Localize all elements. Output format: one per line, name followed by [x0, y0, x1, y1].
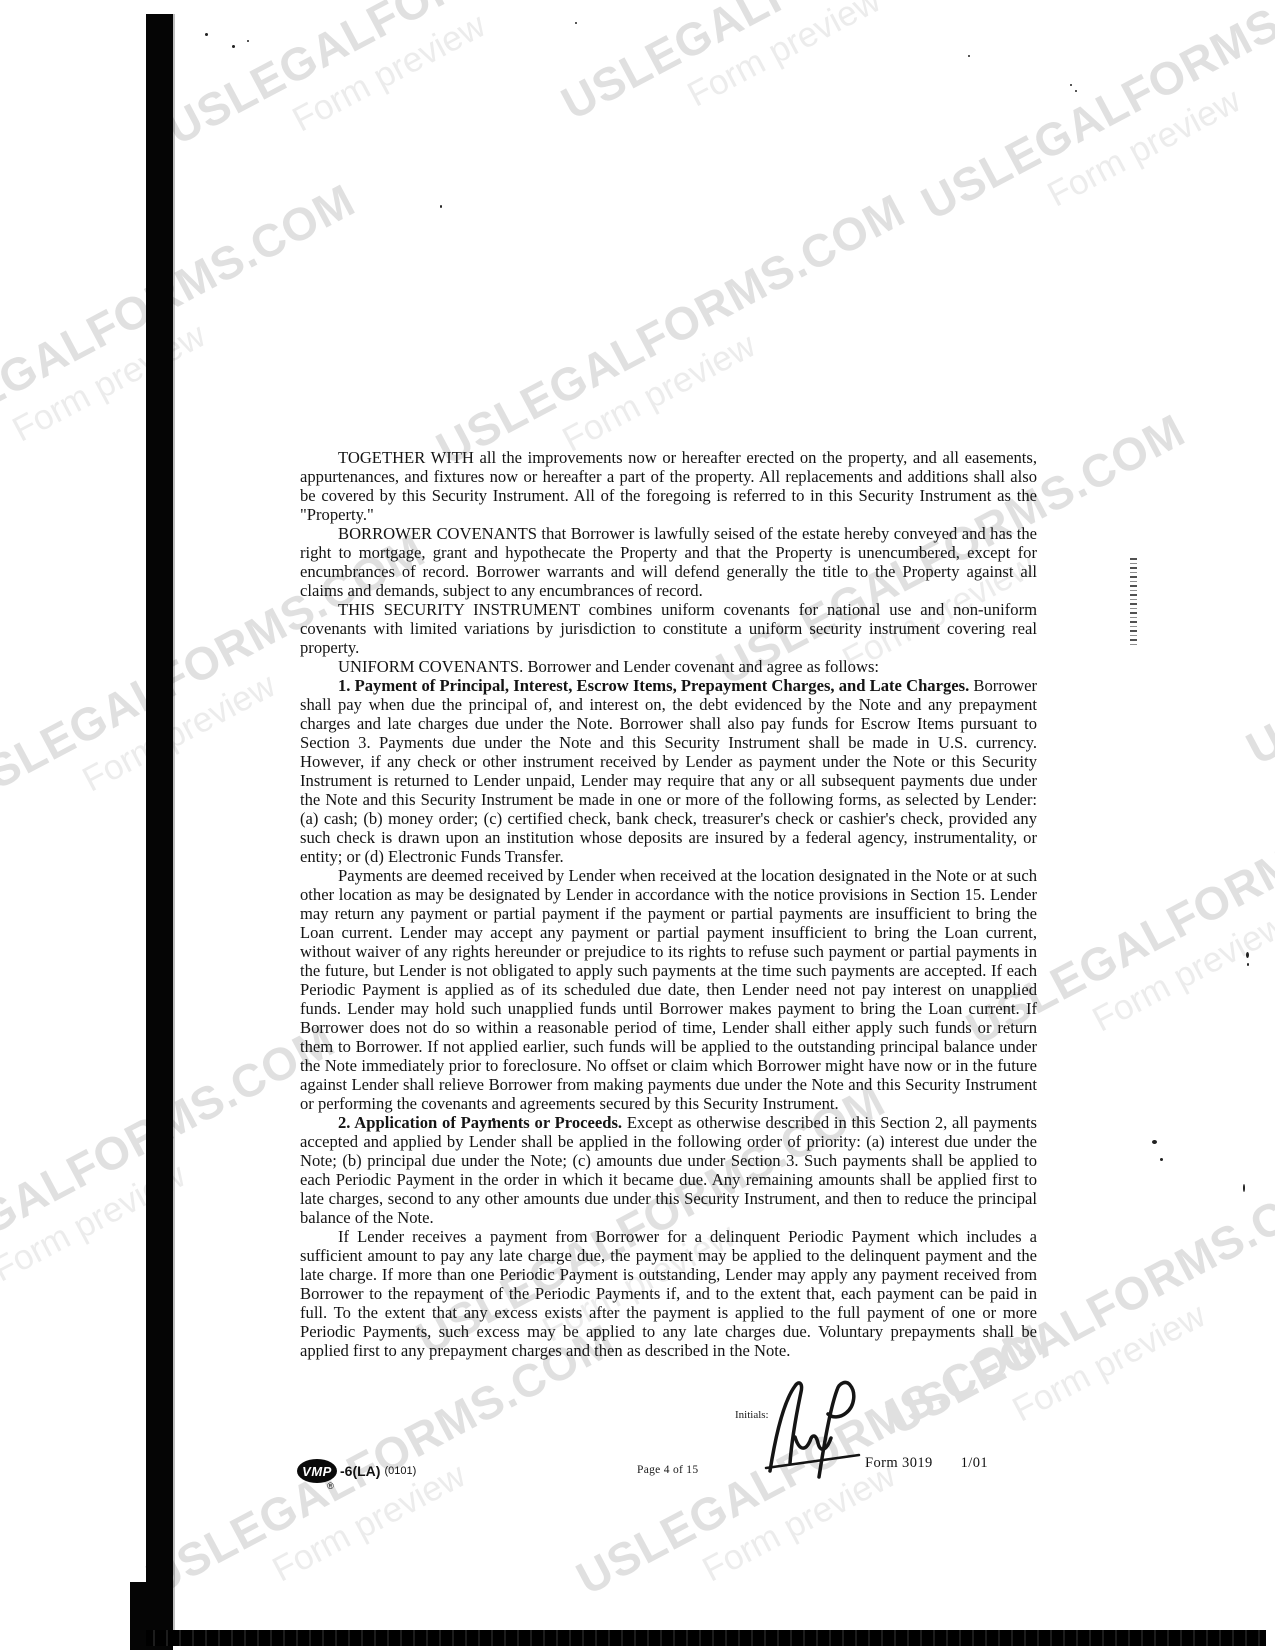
scan-speck [1070, 84, 1072, 86]
scan-speck [492, 1118, 495, 1121]
form-number: Form 3019 [865, 1455, 933, 1471]
scan-speck [1075, 90, 1077, 92]
scan-speck [1160, 1158, 1163, 1161]
vmp-suffix: -6(LA) [340, 1459, 380, 1483]
scan-speck [247, 40, 249, 42]
vmp-form-id: VMP® -6(LA) (0101) [297, 1459, 416, 1484]
initials-signature [762, 1375, 862, 1485]
page-number: Page 4 of 15 [637, 1464, 698, 1476]
scan-speck [1243, 1184, 1245, 1192]
scan-speck [1246, 952, 1249, 958]
form-info: Form 30191/01 [865, 1455, 988, 1472]
scan-speck [575, 22, 577, 24]
scan-speck [232, 45, 235, 48]
scan-edge-bar-bottom [146, 1630, 1266, 1646]
registered-mark: ® [327, 1481, 334, 1491]
scan-noise-streak [1130, 558, 1137, 648]
scan-speck [440, 205, 442, 208]
scan-speck [1247, 963, 1249, 966]
scan-speck [205, 33, 208, 36]
scan-speck [1152, 1140, 1157, 1144]
vmp-paren: (0101) [384, 1459, 416, 1484]
page-footer: VMP® -6(LA) (0101) Page 4 of 15 Initials… [0, 0, 1275, 1650]
vmp-logo: VMP® [297, 1459, 337, 1483]
scan-speck [968, 55, 970, 57]
scanned-document-page: USLEGALFORMS.COMForm preview USLEGALFORM… [0, 0, 1275, 1650]
form-revision: 1/01 [961, 1455, 988, 1471]
scan-edge-bar-left [146, 14, 173, 1636]
vmp-logo-text: VMP [302, 1464, 332, 1479]
